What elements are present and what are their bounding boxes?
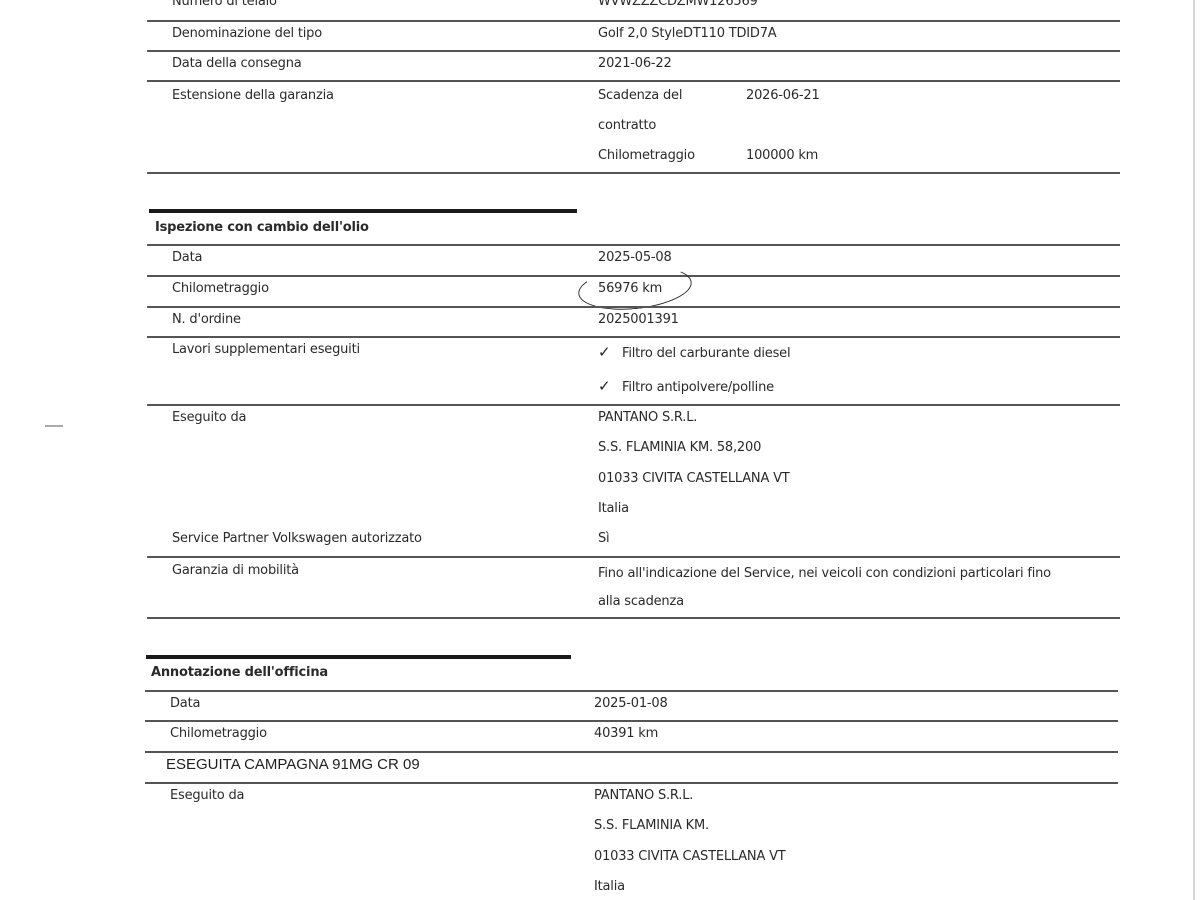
oil-date-label: Data — [172, 250, 202, 265]
order-number-value: 2025001391 — [598, 312, 679, 327]
performed-by-line: PANTANO S.R.L. — [598, 410, 697, 425]
note-mileage-value: 40391 km — [594, 726, 658, 741]
warranty-mileage-value: 100000 km — [746, 148, 818, 163]
performed-by-line: Italia — [598, 501, 629, 516]
performed-by-line: 01033 CIVITA CASTELLANA VT — [598, 471, 790, 486]
type-designation-label: Denominazione del tipo — [172, 26, 322, 41]
row-divider — [147, 172, 1120, 174]
oil-date-value: 2025-05-08 — [598, 250, 672, 265]
scan-edge-line — [1193, 0, 1195, 900]
oil-mileage-label: Chilometraggio — [172, 281, 269, 296]
delivery-date-label: Data della consegna — [172, 56, 302, 71]
section-rule — [149, 209, 577, 213]
contract-expiry-label-cont: contratto — [598, 118, 656, 133]
note-performed-by-line: S.S. FLAMINIA KM. — [594, 818, 709, 833]
checkmark-icon: ✓ — [598, 343, 611, 361]
row-divider — [147, 556, 1120, 558]
row-divider — [147, 20, 1120, 22]
delivery-date-value: 2021-06-22 — [598, 56, 672, 71]
row-divider — [147, 80, 1120, 82]
row-divider — [145, 720, 1118, 722]
row-divider — [147, 50, 1120, 52]
margin-mark — [45, 425, 63, 427]
row-divider — [147, 617, 1120, 619]
authorized-partner-value: Sì — [598, 531, 609, 546]
note-date-value: 2025-01-08 — [594, 696, 668, 711]
additional-work-label: Lavori supplementari eseguiti — [172, 342, 360, 357]
section-title: Ispezione con cambio dell'olio — [155, 220, 369, 235]
note-performed-by-label: Eseguito da — [170, 788, 244, 803]
chassis-number-label: Numero di telaio — [172, 0, 277, 9]
scanned-service-record-page: Numero di telaio WVWZZZCDZMW126569 Denom… — [0, 0, 1200, 900]
contract-expiry-label: Scadenza del — [598, 88, 682, 103]
performed-by-label: Eseguito da — [172, 410, 246, 425]
order-number-label: N. d'ordine — [172, 312, 241, 327]
row-divider — [145, 751, 1118, 753]
contract-expiry-value: 2026-06-21 — [746, 88, 820, 103]
note-performed-by-line: 01033 CIVITA CASTELLANA VT — [594, 849, 786, 864]
warranty-extension-label: Estensione della garanzia — [172, 88, 334, 103]
note-mileage-label: Chilometraggio — [170, 726, 267, 741]
row-divider — [147, 306, 1120, 308]
note-performed-by-line: PANTANO S.R.L. — [594, 788, 693, 803]
row-divider — [145, 690, 1118, 692]
section-rule — [146, 655, 571, 659]
performed-by-line: S.S. FLAMINIA KM. 58,200 — [598, 440, 761, 455]
additional-work-item: Filtro antipolvere/polline — [622, 380, 774, 395]
authorized-partner-label: Service Partner Volkswagen autorizzato — [172, 531, 422, 546]
type-designation-value: Golf 2,0 StyleDT110 TDID7A — [598, 26, 776, 41]
mobility-guarantee-value: Fino all'indicazione del Service, nei ve… — [598, 566, 1051, 581]
warranty-mileage-label: Chilometraggio — [598, 148, 695, 163]
row-divider — [147, 244, 1120, 246]
note-performed-by-line: Italia — [594, 879, 625, 894]
checkmark-icon: ✓ — [598, 377, 611, 395]
campaign-note: ESEGUITA CAMPAGNA 91MG CR 09 — [166, 756, 420, 773]
row-divider — [147, 336, 1120, 338]
row-divider — [145, 782, 1118, 784]
additional-work-item: Filtro del carburante diesel — [622, 346, 790, 361]
section-title: Annotazione dell'officina — [151, 665, 328, 680]
row-divider — [147, 404, 1120, 406]
mobility-guarantee-value-cont: alla scadenza — [598, 594, 684, 609]
note-date-label: Data — [170, 696, 200, 711]
mobility-guarantee-label: Garanzia di mobilità — [172, 563, 299, 578]
chassis-number-value: WVWZZZCDZMW126569 — [598, 0, 758, 9]
